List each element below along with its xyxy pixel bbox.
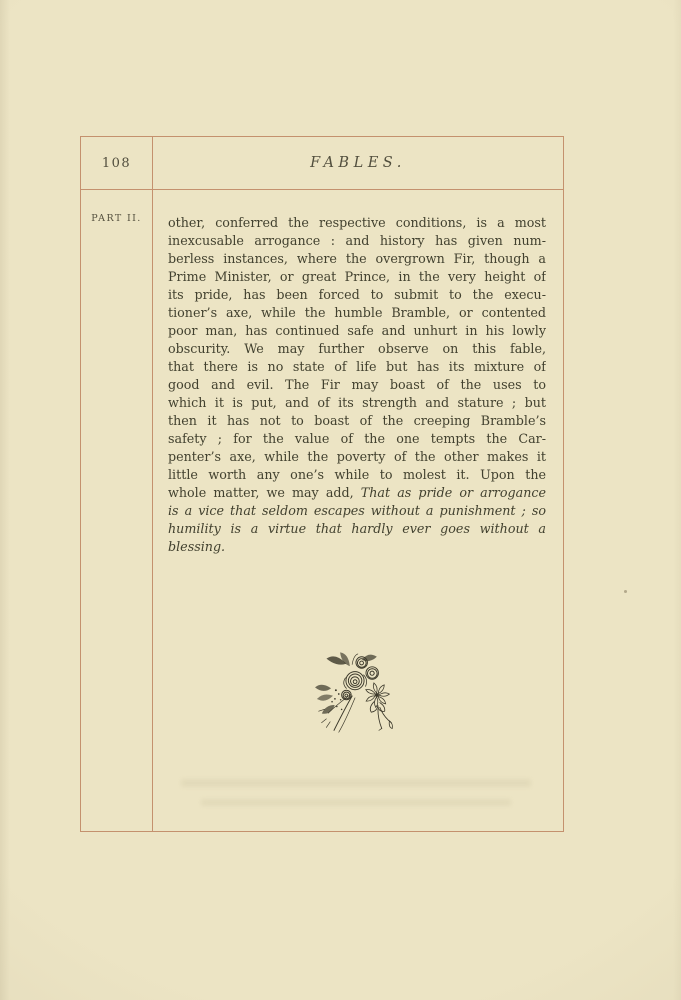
text-segment-roman: which it is put, and of its strength and… [168, 395, 546, 410]
text-segment-italic: is a vice that seldom escapes without a … [168, 503, 546, 518]
text-line: inexcusable arrogance : and history has … [168, 232, 546, 250]
text-line: tioner’s axe, while the humble Bramble, … [168, 304, 546, 322]
text-segment-roman: good and evil. The Fir may boast of the … [168, 377, 546, 392]
text-segment-roman: other, conferred the respective conditio… [168, 215, 546, 230]
text-line: humility is a virtue that hardly ever go… [168, 520, 546, 538]
text-line: little worth any one’s while to molest i… [168, 466, 546, 484]
text-line: blessing. [168, 538, 546, 556]
text-segment-roman: penter’s axe, while the poverty of the o… [168, 449, 546, 464]
text-line: its pride, has been forced to submit to … [168, 286, 546, 304]
margin-column-divider [152, 137, 153, 831]
paper-speck [624, 590, 627, 593]
floral-bouquet-ornament [307, 652, 403, 738]
text-segment-italic: blessing. [168, 539, 225, 554]
text-line: is a vice that seldom escapes without a … [168, 502, 546, 520]
text-line: obscurity. We may further observe on thi… [168, 340, 546, 358]
text-line: poor man, has continued safe and unhurt … [168, 322, 546, 340]
text-segment-roman: berless instances, where the overgrown F… [168, 251, 546, 266]
text-line: whole matter, we may add, That as pride … [168, 484, 546, 502]
text-line: Prime Minister, or great Prince, in the … [168, 268, 546, 286]
text-segment-roman: its pride, has been forced to submit to … [168, 287, 546, 302]
header-rule [81, 189, 563, 190]
text-segment-roman: that there is no state of life but has i… [168, 359, 546, 374]
ink-bleed-ghost [181, 779, 531, 787]
text-segment-roman: safety ; for the value of the one tempts… [168, 431, 546, 446]
text-line: which it is put, and of its strength and… [168, 394, 546, 412]
text-segment-italic: That as pride or arrogance [361, 485, 546, 500]
text-segment-roman: poor man, has continued safe and unhurt … [168, 323, 546, 338]
text-segment-roman: little worth any one’s while to molest i… [168, 467, 546, 482]
text-block: other, conferred the respective conditio… [168, 214, 546, 556]
page-frame: 108 FABLES. PART II. other, conferred th… [80, 136, 564, 832]
text-segment-roman: Prime Minister, or great Prince, in the … [168, 269, 546, 284]
text-segment-roman: whole matter, we may add, [168, 485, 361, 500]
text-line: safety ; for the value of the one tempts… [168, 430, 546, 448]
text-line: penter’s axe, while the poverty of the o… [168, 448, 546, 466]
text-line: good and evil. The Fir may boast of the … [168, 376, 546, 394]
text-line: then it has not to boast of the creeping… [168, 412, 546, 430]
running-head-title: FABLES. [152, 137, 564, 189]
text-segment-roman: then it has not to boast of the creeping… [168, 413, 546, 428]
margin-label-part: PART II. [81, 213, 152, 224]
text-segment-roman: inexcusable arrogance : and history has … [168, 233, 546, 248]
text-segment-italic: humility is a virtue that hardly ever go… [168, 521, 546, 536]
ink-bleed-ghost [201, 799, 511, 806]
page-number: 108 [81, 137, 152, 189]
text-segment-roman: tioner’s axe, while the humble Bramble, … [168, 305, 546, 320]
text-line: other, conferred the respective conditio… [168, 214, 546, 232]
text-segment-roman: obscurity. We may further observe on thi… [168, 341, 546, 356]
text-line: that there is no state of life but has i… [168, 358, 546, 376]
text-line: berless instances, where the overgrown F… [168, 250, 546, 268]
scanned-book-page: 108 FABLES. PART II. other, conferred th… [0, 0, 681, 1000]
